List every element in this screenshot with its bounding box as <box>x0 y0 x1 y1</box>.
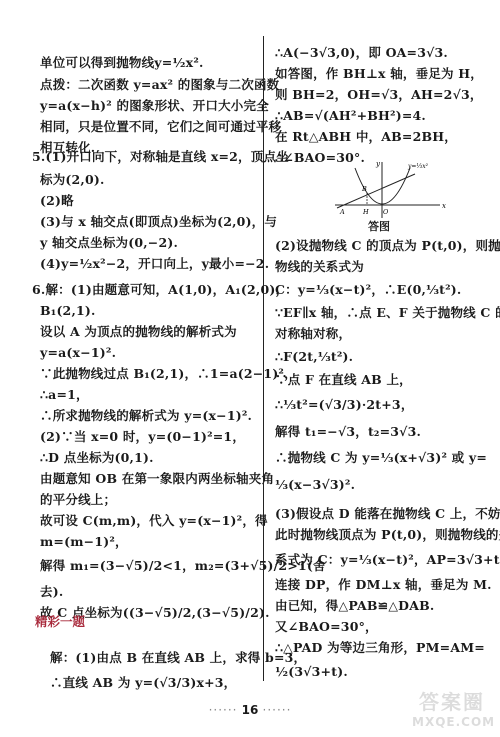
text-line: C：y=⅓(x−t)²，∴E(0,⅓t²). <box>275 282 461 298</box>
text-line: 由已知，得△PAB≌△DAB. <box>275 598 434 614</box>
text-line: y=a(x−h)² 的图象形状、开口大小完全 <box>40 98 269 114</box>
text-line: 对称轴对称， <box>275 326 351 342</box>
text-line: 又∠BAO=30°， <box>275 619 378 635</box>
text-line: 故可设 C(m,m)，代入 y=(x−1)²，得 <box>40 513 268 529</box>
figure-caption: 答图 <box>368 218 390 234</box>
text-line: 的平分线上； <box>40 492 116 508</box>
text-line: 设以 A 为顶点的抛物线的解析式为 <box>40 324 237 340</box>
text-line: ∴抛物线 C 为 y=⅓(x+√3)² 或 y= <box>275 450 487 466</box>
text-line: (2)∵当 x=0 时，y=(0−1)²=1， <box>40 429 245 445</box>
text-line: ∴直线 AB 为 y=(√3/3)x+3， <box>50 675 236 691</box>
text-line: ∵此抛物线过点 B₁(2,1)，∴1=a(2−1)²， <box>40 366 297 382</box>
watermark-logo: 答案圈 MXQE.COM <box>412 686 492 731</box>
text-line: ∴D 点坐标为(0,1). <box>40 450 154 466</box>
text-line: 解得 t₁=−√3，t₂=3√3. <box>275 424 421 440</box>
point-h-label: H <box>362 208 369 216</box>
text-line: y=a(x−1)². <box>40 345 116 361</box>
text-line: 连接 DP，作 DM⊥x 轴，垂足为 M. <box>275 577 492 593</box>
text-line: ∴所求抛物线的解析式为 y=(x−1)². <box>40 408 252 424</box>
point-o-label: O <box>383 208 389 216</box>
watermark-url: MXQE.COM <box>412 715 492 729</box>
text-line: ½(3√3+t). <box>275 664 348 680</box>
text-line: 由题意知 OB 在第一象限内两坐标轴夹角 <box>40 471 274 487</box>
text-line: 系式为 C：y=⅓(x−t)²，AP=3√3+t. <box>275 552 500 568</box>
page-dots-right: ······ <box>263 703 292 717</box>
x-axis-label: x <box>442 202 446 210</box>
text-line: 相同，只是位置不同，它们之间可通过平移 <box>40 119 281 135</box>
watermark-text: 答案圈 <box>412 686 492 715</box>
text-line: m=(m−1)²， <box>40 534 128 550</box>
text-line: ∴⅓t²=(√3/3)·2t+3， <box>275 397 414 413</box>
page-dots-left: ······ <box>209 703 238 717</box>
point-a-label: A <box>339 208 345 216</box>
text-line: ∴F(2t,⅓t²). <box>275 349 353 365</box>
section-title-jingcai: 精彩一题 <box>35 612 85 630</box>
text-line: 如答图，作 BH⊥x 轴，垂足为 H， <box>275 66 483 82</box>
text-line: ∴A(−3√3,0)，即 OA=3√3. <box>275 45 448 61</box>
text-line: 此时抛物线顶点为 P(t,0)，则抛物线的关 <box>275 527 500 543</box>
text-line: ∵EF∥x 轴，∴点 E、F 关于抛物线 C 的 <box>275 305 500 321</box>
text-line: 去). <box>40 584 63 600</box>
text-line: 则 BH=2，OH=√3，AH=2√3， <box>275 87 483 103</box>
text-line: y 轴交点坐标为(0,−2). <box>40 235 178 251</box>
text-line: 解：(1)由点 B 在直线 AB 上，求得 b=3， <box>50 650 306 666</box>
text-line: B₁(2,1). <box>40 303 96 319</box>
text-line: ∴△PAD 为等边三角形，PM=AM= <box>275 640 485 656</box>
text-line: (2)略 <box>40 193 74 209</box>
page-number-value: 16 <box>242 703 259 717</box>
text-line: 单位可以得到抛物线y=½x². <box>40 55 204 71</box>
y-axis-label: y <box>375 160 381 168</box>
text-line: ∴AB=√(AH²+BH²)=4. <box>275 108 426 124</box>
text-line: 6.解：(1)由题意可知，A(1,0)，A₁(2,0)， <box>32 282 288 298</box>
text-line: 在 Rt△ABH 中，AB=2BH， <box>275 129 457 145</box>
text-line: ∴a=1， <box>40 387 89 403</box>
text-line: ∵点 F 在直线 AB 上， <box>275 372 412 388</box>
column-divider <box>263 36 264 681</box>
text-line: 5.(1)开口向下，对称轴是直线 x=2，顶点坐 <box>32 149 289 165</box>
text-line: 物线的关系式为 <box>275 259 364 275</box>
text-line: 点拨：二次函数 y=ax² 的图象与二次函数 <box>40 77 279 93</box>
text-line: ⅓(x−3√3)². <box>275 477 355 493</box>
point-b-label: B <box>361 185 367 193</box>
curve-label: y=⅓x² <box>407 163 429 170</box>
parabola-figure: y x y=⅓x² A B H O <box>320 160 450 220</box>
text-line: 标为(2,0). <box>40 172 105 188</box>
text-line: (3)与 x 轴交点(即顶点)坐标为(2,0)，与 <box>40 214 277 230</box>
text-line: (2)设抛物线 C 的顶点为 P(t,0)，则抛 <box>275 238 500 254</box>
text-line: (3)假设点 D 能落在抛物线 C 上，不妨设 <box>275 506 500 522</box>
text-line: (4)y=½x²−2，开口向上，y最小=−2. <box>40 256 269 272</box>
